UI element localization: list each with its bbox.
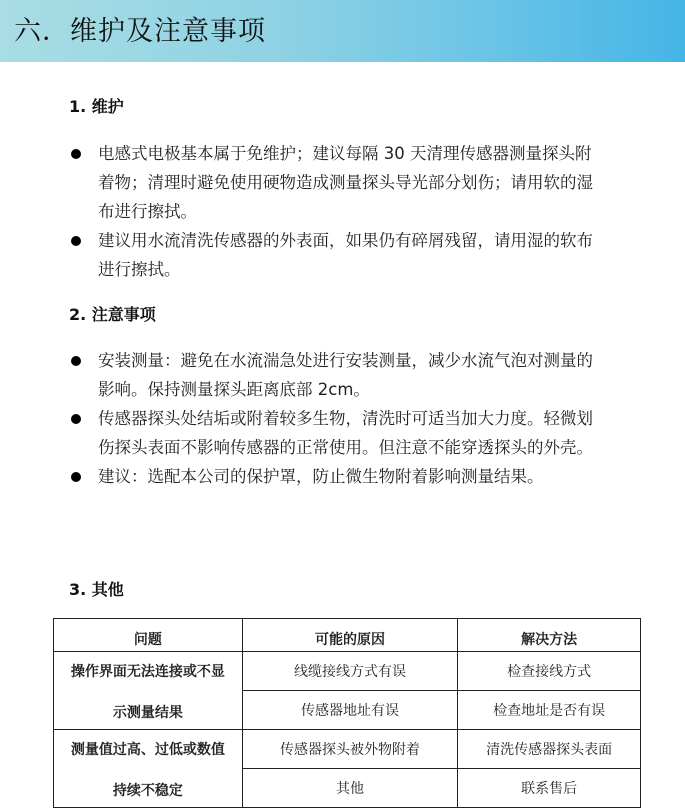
cause-cell: 线缆接线方式有误 — [242, 652, 458, 691]
list-item-text: 建议：选配本公司的保护罩，防止微生物附着影响测量结果。 — [98, 467, 544, 486]
list-item-text: 建议用水流清洗传感器的外表面，如果仍有碎屑残留，请用湿的软布进行擦拭。 — [98, 231, 593, 279]
list-item: 建议：选配本公司的保护罩，防止微生物附着影响测量结果。 — [68, 462, 598, 491]
issue-cell: 测量值过高、过低或数值 持续不稳定 — [54, 730, 243, 808]
list-item: 传感器探头处结垢或附着较多生物，清洗时可适当加大力度。轻微划伤探头表面不影响传感… — [68, 404, 598, 462]
solution-cell: 清洗传感器探头表面 — [458, 730, 641, 769]
table-row: 测量值过高、过低或数值 持续不稳定 传感器探头被外物附着 清洗传感器探头表面 — [54, 730, 641, 769]
table-row: 操作界面无法连接或不显 示测量结果 线缆接线方式有误 检查接线方式 — [54, 652, 641, 691]
section-title-other: 3. 其他 — [69, 577, 124, 600]
page-title: 六．维护及注意事项 — [14, 9, 266, 48]
solution-cell: 联系售后 — [458, 769, 641, 808]
list-item: 建议用水流清洗传感器的外表面，如果仍有碎屑残留，请用湿的软布进行擦拭。 — [68, 226, 598, 284]
list-item: 安装测量：避免在水流湍急处进行安装测量，减少水流气泡对测量的影响。保持测量探头距… — [68, 346, 598, 404]
bullet-icon — [71, 472, 81, 482]
issue-text: 示测量结果 — [54, 703, 242, 729]
list-item-text: 传感器探头处结垢或附着较多生物，清洗时可适当加大力度。轻微划伤探头表面不影响传感… — [98, 409, 593, 457]
list-item-text: 电感式电极基本属于免维护；建议每隔 30 天清理传感器测量探头附着物；清理时避免… — [98, 144, 593, 221]
cause-cell: 其他 — [242, 769, 458, 808]
issue-text: 测量值过高、过低或数值 — [54, 731, 242, 760]
section-title-precautions: 2. 注意事项 — [69, 302, 156, 325]
bullet-icon — [71, 236, 81, 246]
cause-cell: 传感器地址有误 — [242, 691, 458, 730]
section-banner: 六．维护及注意事项 — [0, 0, 685, 62]
column-header-solution: 解决方法 — [458, 619, 641, 652]
list-item: 电感式电极基本属于免维护；建议每隔 30 天清理传感器测量探头附着物；清理时避免… — [68, 139, 598, 226]
issue-text: 持续不稳定 — [54, 781, 242, 807]
maintenance-list: 电感式电极基本属于免维护；建议每隔 30 天清理传感器测量探头附着物；清理时避免… — [68, 139, 598, 284]
table-header-row: 问题 可能的原因 解决方法 — [54, 619, 641, 652]
solution-cell: 检查接线方式 — [458, 652, 641, 691]
solution-cell: 检查地址是否有误 — [458, 691, 641, 730]
bullet-icon — [71, 414, 81, 424]
troubleshooting-table: 问题 可能的原因 解决方法 操作界面无法连接或不显 示测量结果 线缆接线方式有误… — [53, 618, 641, 808]
list-item-text: 安装测量：避免在水流湍急处进行安装测量，减少水流气泡对测量的影响。保持测量探头距… — [98, 351, 593, 399]
issue-cell: 操作界面无法连接或不显 示测量结果 — [54, 652, 243, 730]
bullet-icon — [71, 356, 81, 366]
issue-text: 操作界面无法连接或不显 — [54, 653, 242, 682]
precautions-list: 安装测量：避免在水流湍急处进行安装测量，减少水流气泡对测量的影响。保持测量探头距… — [68, 346, 598, 491]
cause-cell: 传感器探头被外物附着 — [242, 730, 458, 769]
column-header-issue: 问题 — [54, 619, 243, 652]
bullet-icon — [71, 149, 81, 159]
column-header-cause: 可能的原因 — [242, 619, 458, 652]
section-title-maintenance: 1. 维护 — [69, 94, 124, 117]
